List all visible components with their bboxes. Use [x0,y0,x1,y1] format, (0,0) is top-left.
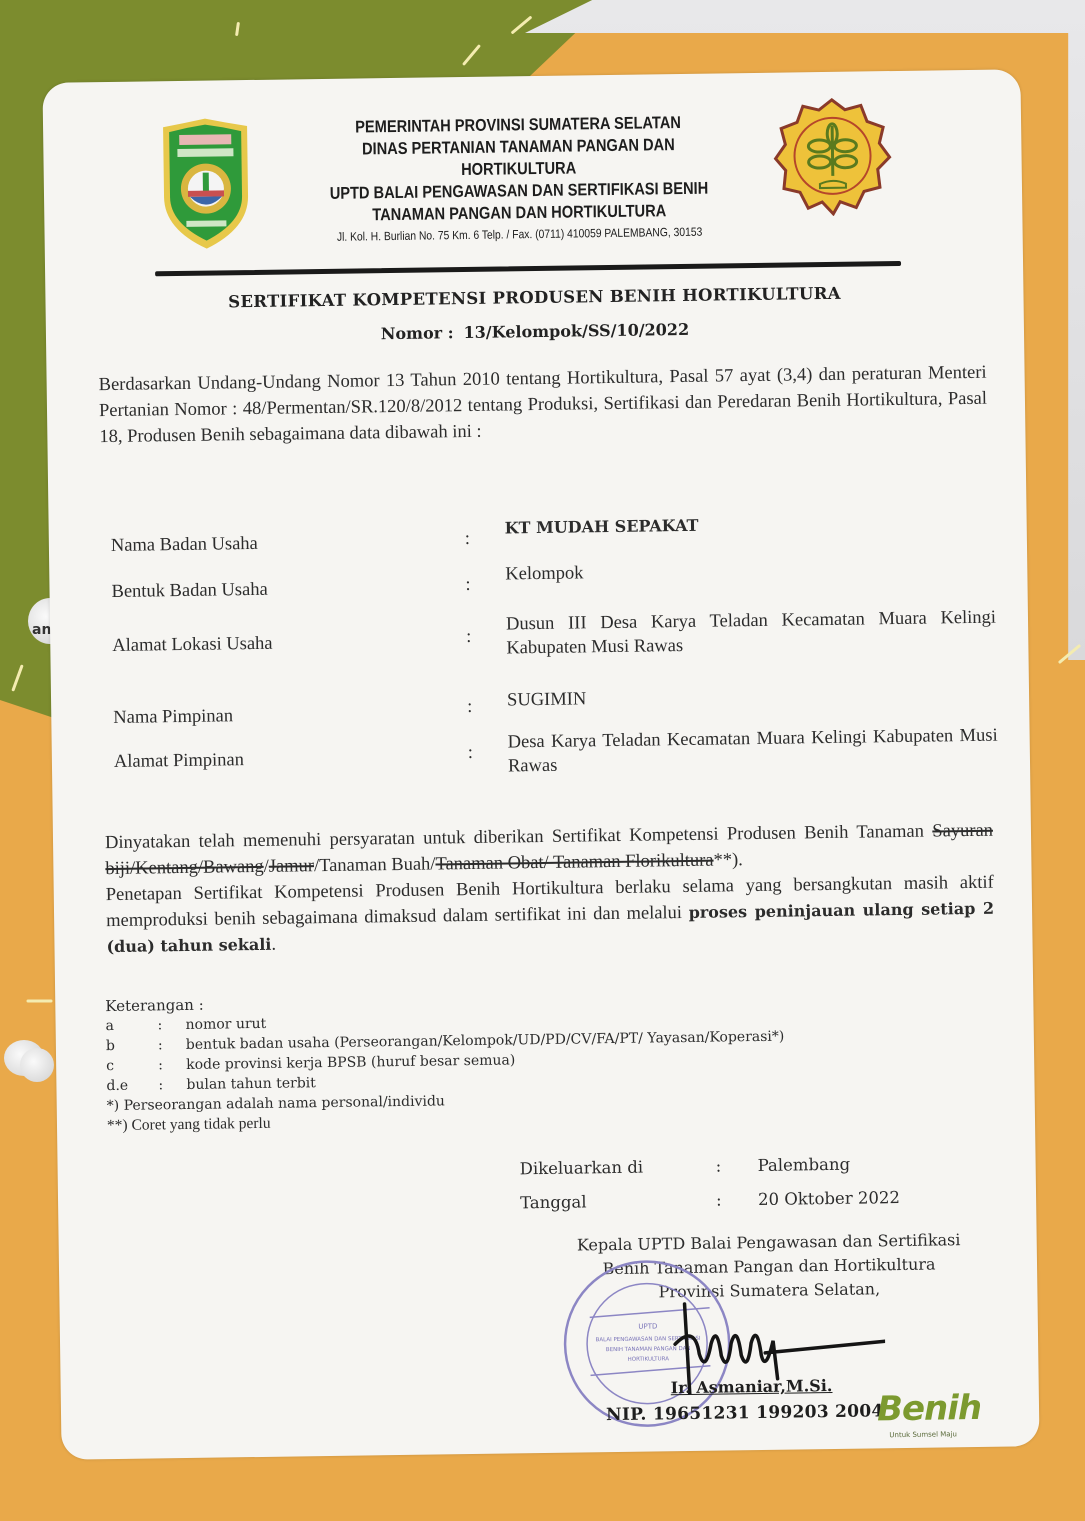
svg-text:HORTIKULTURA: HORTIKULTURA [628,1356,670,1363]
decorative-stroke [27,1000,53,1003]
certificate-title: SERTIFIKAT KOMPETENSI PRODUSEN BENIH HOR… [45,281,1023,314]
notes-section: Keterangan : a : nomor urut b : bentuk b… [105,986,807,1136]
issued-date-value: 20 Oktober 2022 [758,1181,900,1217]
kept-category: /Tanaman Buah/ [314,854,436,876]
field-value: Kelompok [505,556,995,587]
field-separator: : [465,573,470,597]
note-text: kode provinsi kerja BPSB (huruf besar se… [186,1052,515,1073]
brand-logo: Benih Untuk Sumsel Maju [859,1387,1030,1449]
certificate-number-value: 13/Kelompok/SS/10/2022 [463,320,689,342]
signer-name: Ir. Asmaniar,M.Si. [671,1376,833,1397]
certificate-number-label: Nomor : [381,323,454,343]
note-key: d.e [106,1076,128,1096]
issued-place-label: Dikeluarkan di [519,1151,643,1187]
issued-place-value: Palembang [757,1148,850,1183]
field-bentuk-badan-usaha: Bentuk Badan Usaha : Kelompok [111,556,991,568]
issued-date-row: Tanggal : 20 Oktober 2022 [520,1180,970,1220]
field-value: Desa Karya Teladan Kecamatan Muara Kelin… [508,724,999,779]
validity-end: . [271,935,276,955]
certificate-number: Nomor :13/Kelompok/SS/10/2022 [46,315,1024,348]
header-divider [155,261,901,276]
field-value: SUGIMIN [507,682,997,713]
field-separator: : [468,741,473,765]
field-separator: : [467,695,472,719]
letterhead-line: DINAS PERTANIAN TANAMAN PANGAN DAN HORTI… [316,133,721,183]
field-label: Alamat Pimpinan [114,745,454,774]
issued-date-label: Tanggal [520,1185,587,1220]
brand-wordmark: Benih [877,1388,982,1429]
field-separator: : [465,527,470,551]
field-value: Dusun III Desa Karya Teladan Kecamatan M… [506,606,997,661]
field-separator: : [466,625,471,649]
statement-prefix: Dinyatakan telah memenuhi persyaratan un… [105,822,933,854]
issued-separator: : [716,1184,722,1218]
certificate-document: PEMERINTAH PROVINSI SUMATERA SELATAN DIN… [42,69,1039,1460]
note-key: a [105,1016,114,1036]
field-label: Bentuk Badan Usaha [111,575,451,604]
punch-hole [20,1048,54,1082]
brand-tagline: Untuk Sumsel Maju [889,1430,957,1439]
struck-category: Jamur [269,856,314,877]
note-separator: : [158,1055,163,1075]
producer-details: Nama Badan Usaha : KT MUDAH SEPAKAT Bent… [111,510,991,522]
note-separator: : [158,1075,163,1095]
legal-basis-paragraph: Berdasarkan Undang-Undang Nomor 13 Tahun… [98,360,987,450]
letterhead: PEMERINTAH PROVINSI SUMATERA SELATAN DIN… [316,111,722,247]
note-text: nomor urut [185,1016,266,1033]
field-nama-badan-usaha: Nama Badan Usaha : KT MUDAH SEPAKAT [111,510,991,522]
signer-nip: NIP. 19651231 199203 2004 [606,1401,884,1425]
note-separator: : [158,1035,163,1055]
field-label: Alamat Lokasi Usaha [112,629,452,658]
issuance-info: Dikeluarkan di : Palembang Tanggal : 20 … [519,1146,970,1220]
svg-text:UPTD: UPTD [638,1322,657,1330]
statement-suffix: **). [713,850,743,870]
competency-statement: Dinyatakan telah memenuhi persyaratan un… [105,818,995,960]
note-separator: : [157,1015,162,1035]
field-nama-pimpinan: Nama Pimpinan : SUGIMIN [113,682,993,694]
note-text: bulan tahun terbit [186,1075,316,1093]
field-alamat-lokasi-usaha: Alamat Lokasi Usaha : Dusun III Desa Kar… [112,606,992,618]
note-key: c [106,1056,114,1076]
field-label: Nama Pimpinan [113,701,453,730]
letterhead-address: Jl. Kol. H. Burlian No. 75 Km. 6 Telp. /… [317,221,721,247]
ministry-leaf-emblem-icon [771,95,895,217]
binder-label: an [32,622,51,638]
struck-category: Tanaman Obat/ Tanaman Florikultura [435,851,713,875]
field-value: KT MUDAH SEPAKAT [505,510,995,541]
province-emblem-icon [155,116,257,252]
field-label: Nama Badan Usaha [111,529,451,558]
note-key: b [106,1036,115,1056]
issued-separator: : [715,1150,721,1184]
